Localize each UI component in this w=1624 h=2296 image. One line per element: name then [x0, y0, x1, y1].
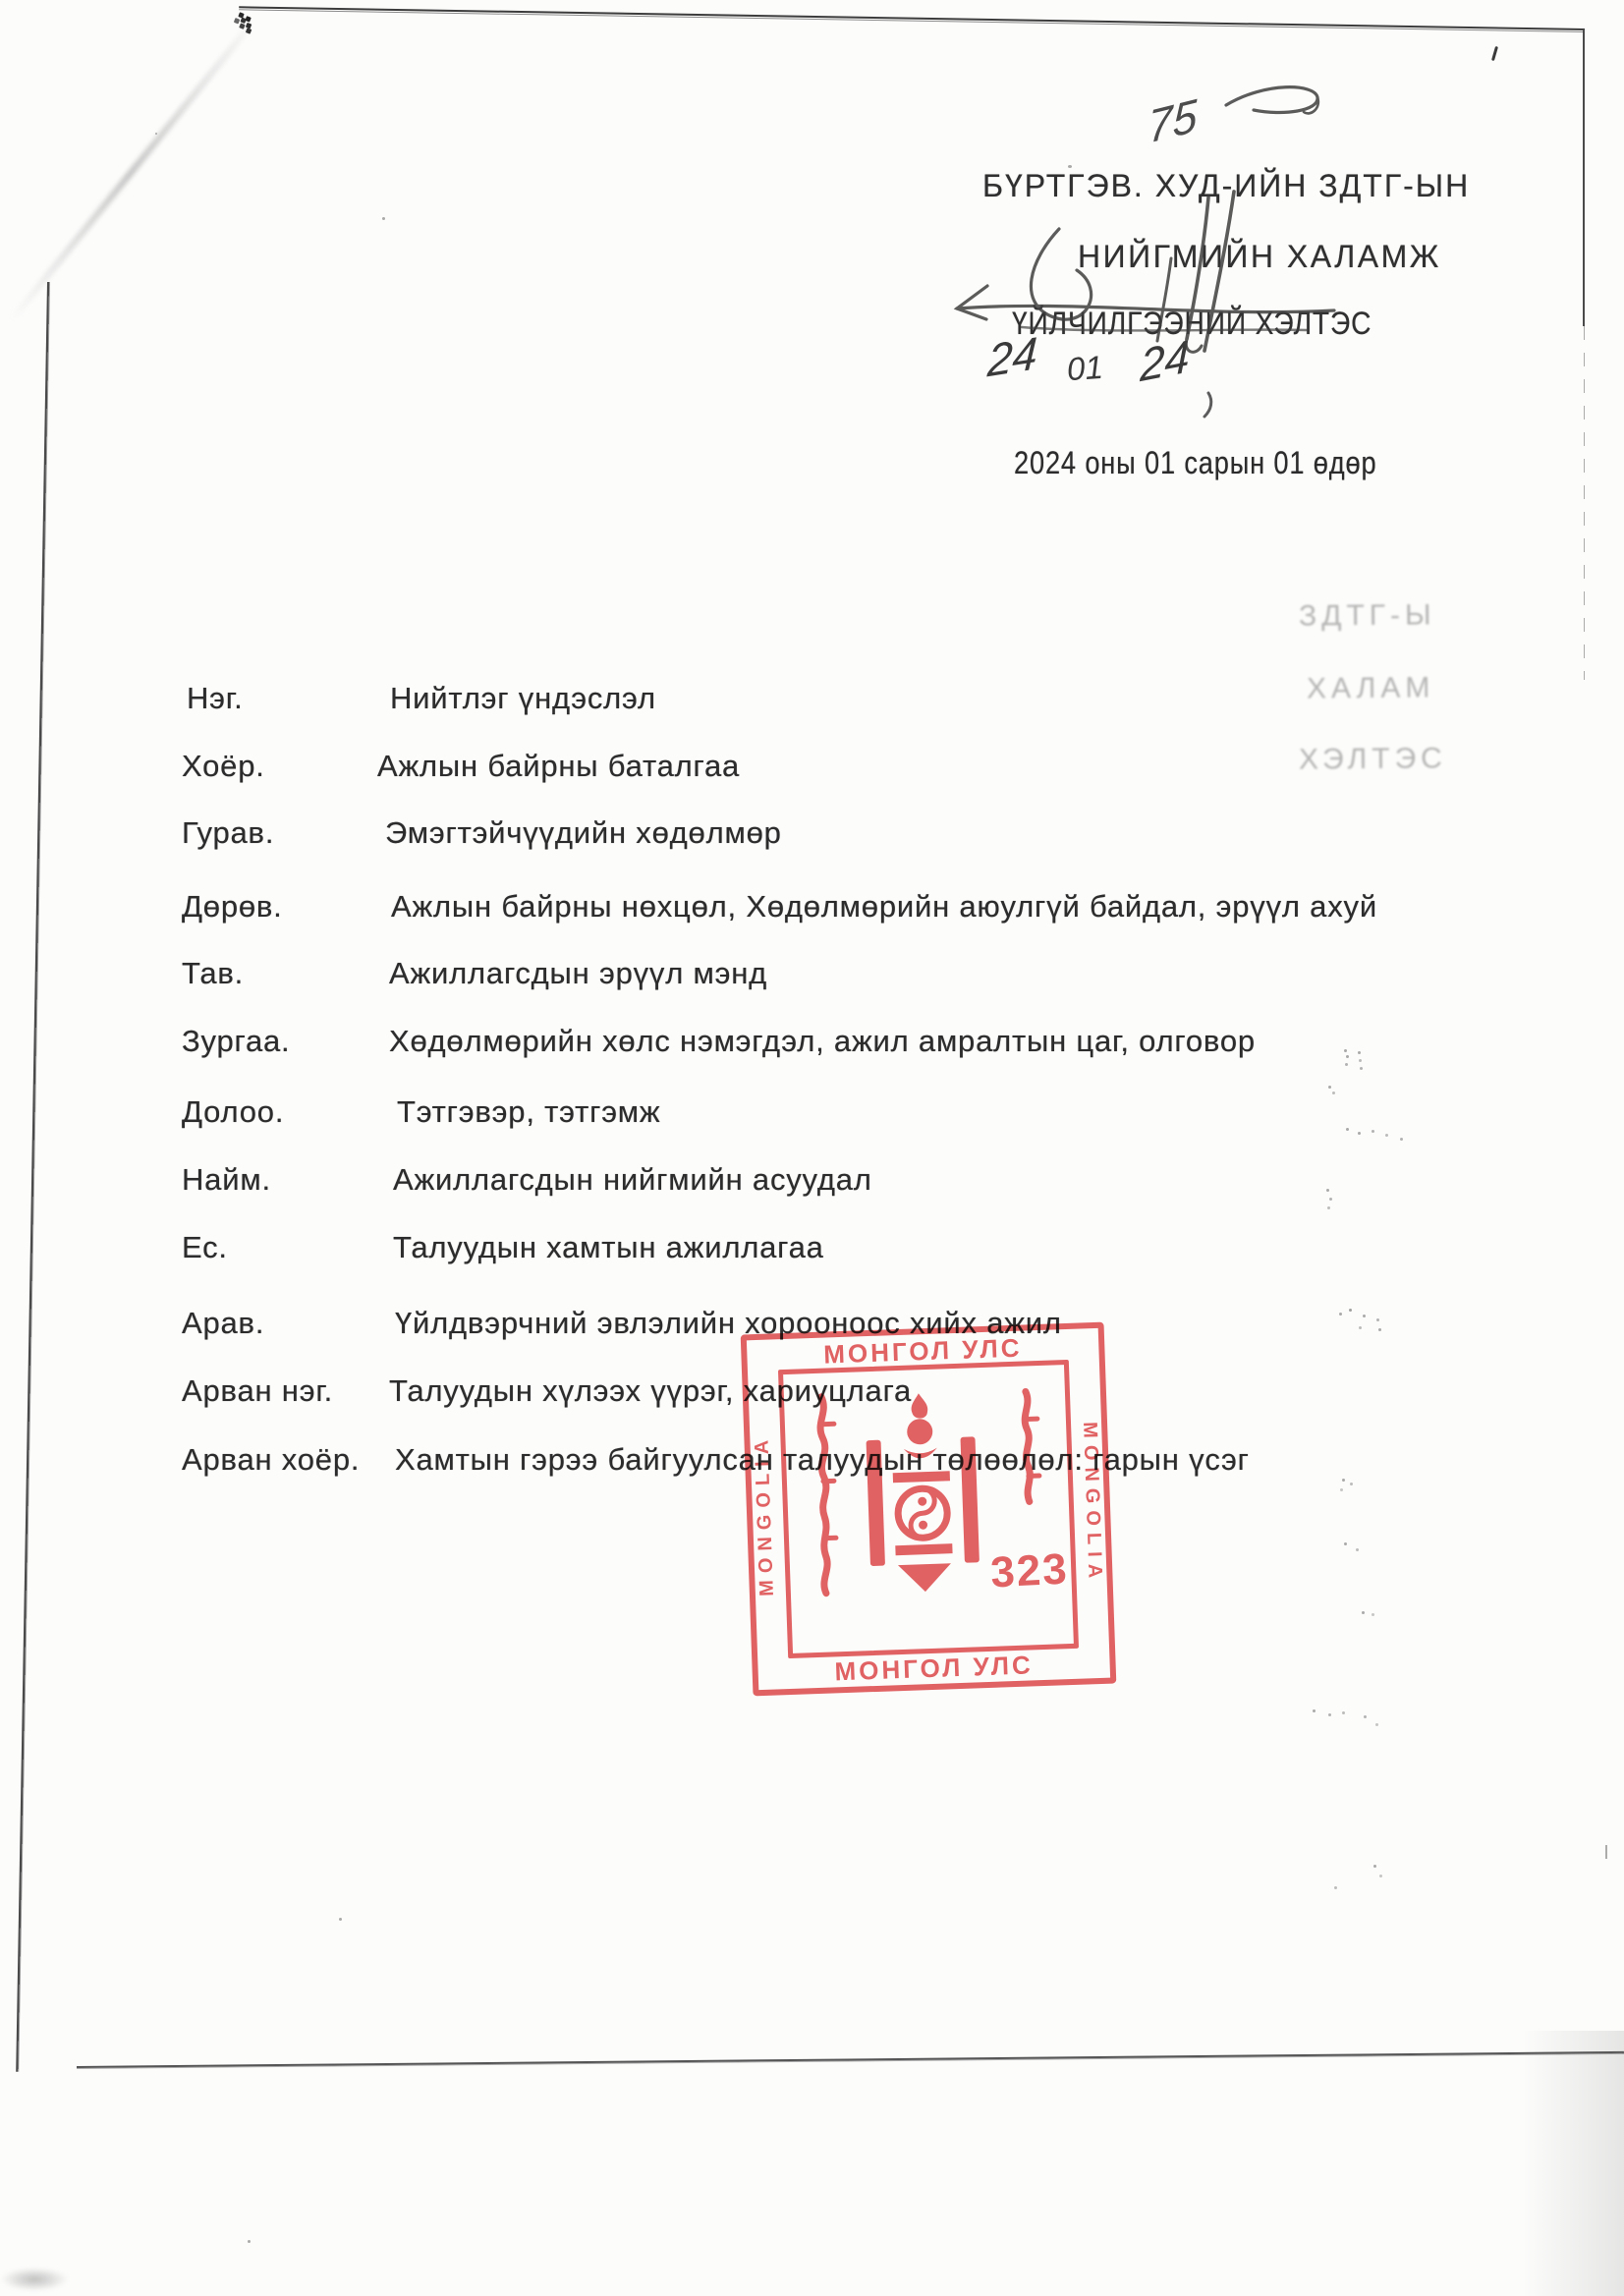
scan-speck	[1344, 1049, 1347, 1052]
toc-row: Дөрөв.Ажлын байрны нөхцөл, Хөдөлмөрийн а…	[182, 889, 1377, 924]
toc-item-title: Нийтлэг үндэслэл	[390, 681, 656, 716]
toc-item-number: Ес.	[182, 1230, 383, 1265]
toc-item-number: Долоо.	[182, 1094, 383, 1130]
toc-item-title: Ажлын байрны баталгаа	[377, 749, 740, 784]
toc-item-title: Хөдөлмөрийн хөлс нэмэгдэл, ажил амралтын…	[389, 1024, 1256, 1059]
toc-row: Ес.Талуудын хамтын ажиллагаа	[182, 1230, 824, 1265]
toc-item-number: Гурав.	[182, 815, 383, 851]
page-edge-top	[239, 6, 1585, 32]
official-stamp: МОНГОЛ УЛС МОНГОЛ УЛС MONGOLIA MONGOLIA …	[739, 1320, 1119, 1699]
toc-item-title: Тэтгэвэр, тэтгэмж	[397, 1094, 660, 1130]
scan-speck	[1313, 1709, 1316, 1712]
toc-item-title: Эмэгтэйчүүдийн хөдөлмөр	[385, 815, 782, 851]
scan-speck	[1326, 1189, 1329, 1192]
scan-speck	[339, 1918, 342, 1921]
scan-speck	[382, 217, 385, 220]
scan-speck	[1068, 165, 1072, 168]
soyombo-emblem-icon	[804, 1383, 1054, 1637]
toc-row: Найм.Ажиллагсдын нийгмийн асуудал	[182, 1162, 872, 1198]
scan-shadow	[1496, 2031, 1624, 2296]
toc-item-number: Тав.	[182, 956, 383, 991]
scan-speck	[1328, 1086, 1331, 1089]
scan-speck	[248, 2240, 251, 2243]
toc-item-title: Ажлын байрны нөхцөл, Хөдөлмөрийн аюулгүй…	[391, 889, 1377, 924]
bleedthrough-text: ХАЛАМ	[1307, 671, 1435, 705]
bleedthrough-text: ЗДТГ-Ы	[1299, 598, 1436, 633]
toc-item-title: Талуудын хамтын ажиллагаа	[393, 1230, 824, 1265]
scan-speck	[1346, 1128, 1349, 1131]
toc-row: Долоо.Тэтгэвэр, тэтгэмж	[182, 1094, 660, 1130]
scan-speck	[1373, 1865, 1376, 1868]
toc-item-number: Найм.	[182, 1162, 383, 1198]
folded-corner-line	[9, 26, 251, 321]
scan-tick-mark	[1491, 46, 1498, 61]
page-edge-right	[1583, 29, 1585, 326]
toc-item-number: Арван нэг.	[182, 1373, 383, 1409]
toc-item-number: Хоёр.	[182, 749, 383, 784]
document-date: 2024 оны 01 сарын 01 өдөр	[1014, 445, 1376, 481]
toc-item-title: Ажиллагсдын эрүүл мэнд	[389, 956, 767, 991]
toc-item-title: Ажиллагсдын нийгмийн асуудал	[393, 1162, 872, 1198]
scan-smudge	[0, 2268, 69, 2291]
toc-row: Нэг.Нийтлэг үндэслэл	[182, 681, 656, 716]
scan-speck	[1605, 1845, 1607, 1859]
toc-row: Хоёр.Ажлын байрны баталгаа	[182, 749, 740, 784]
toc-row: Тав.Ажиллагсдын эрүүл мэнд	[182, 956, 767, 991]
scan-speck	[1362, 1611, 1365, 1614]
pen-strokes	[914, 54, 1464, 427]
scan-speck	[1339, 1313, 1342, 1316]
toc-item-number: Арав.	[182, 1306, 383, 1341]
toc-item-number: Зургаа.	[182, 1024, 383, 1059]
toc-item-number: Дөрөв.	[182, 889, 383, 924]
scan-speck	[155, 133, 157, 135]
scan-ink-blot	[238, 12, 245, 19]
page-edge-bottom	[77, 2051, 1624, 2069]
toc-item-number: Нэг.	[182, 681, 388, 716]
scanned-document-page: БҮРТГЭВ. ХУД-ИЙН ЗДТГ-ЫН НИЙГМИЙН ХАЛАМЖ…	[0, 0, 1624, 2296]
toc-row: Гурав.Эмэгтэйчүүдийн хөдөлмөр	[182, 815, 782, 851]
scan-speck	[1344, 1542, 1347, 1545]
bleedthrough-text: ХЭЛТЭС	[1299, 742, 1447, 776]
scan-speck	[1342, 1479, 1345, 1482]
toc-item-number: Арван хоёр.	[182, 1442, 383, 1478]
page-edge-right-faded	[1584, 326, 1585, 680]
page-edge-left	[16, 282, 50, 2072]
toc-row: Зургаа.Хөдөлмөрийн хөлс нэмэгдэл, ажил а…	[182, 1024, 1256, 1059]
